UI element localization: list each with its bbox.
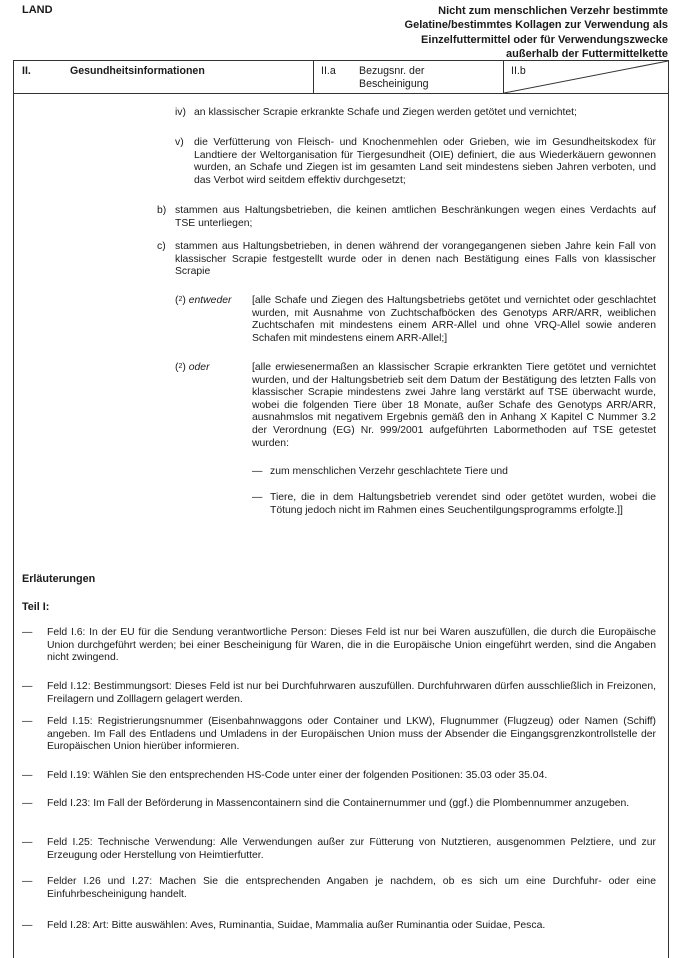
- dash-bullet: —: [22, 798, 32, 811]
- dash-bullet: —: [22, 716, 32, 729]
- item-label: b): [157, 205, 166, 218]
- dash-item: Tiere, die in dem Haltungsbetrieb verend…: [270, 492, 656, 517]
- note-item: Feld I.12: Bestimmungsort: Dieses Feld i…: [47, 681, 656, 706]
- column-divider: [313, 61, 314, 93]
- item-iv-text: an klassischer Scrapie erkrankte Schafe …: [194, 107, 656, 120]
- note-item: Feld I.19: Wählen Sie den entsprechenden…: [47, 770, 656, 783]
- notes-part-heading: Teil I:: [22, 601, 49, 613]
- note-item: Feld I.6: In der EU für die Sendung vera…: [47, 627, 656, 665]
- section-number: II.: [22, 65, 31, 78]
- dash-item: zum menschlichen Verzehr geschlachtete T…: [270, 466, 656, 479]
- document-title: Nicht zum menschlichen Verzehr bestimmte…: [405, 4, 668, 62]
- diagonal-strike: [504, 61, 668, 93]
- dash-bullet: —: [22, 770, 32, 783]
- note-item: Feld I.25: Technische Verwendung: Alle V…: [47, 837, 656, 862]
- option-word: entweder: [189, 295, 232, 306]
- option-entweder-label: (2) entweder: [175, 295, 231, 308]
- option-word: oder: [189, 362, 210, 373]
- ref-label: Bezugsnr. der Bescheinigung: [359, 65, 429, 91]
- item-label: c): [157, 241, 166, 254]
- note-item: Feld I.23: Im Fall der Beförderung in Ma…: [47, 798, 656, 811]
- footnote-ref: 2: [178, 363, 182, 370]
- dash-bullet: —: [22, 681, 32, 694]
- item-v-text: die Verfütterung von Fleisch- und Knoche…: [194, 137, 656, 187]
- title-line: Nicht zum menschlichen Verzehr bestimmte: [405, 4, 668, 18]
- ref-code: II.a: [321, 65, 336, 78]
- item-c-text: stammen aus Haltungsbetrieben, in denen …: [175, 241, 656, 279]
- option-oder-text: [alle erwiesenermaßen an klassischer Scr…: [252, 362, 656, 450]
- country-label: LAND: [22, 4, 53, 16]
- dash-bullet: —: [22, 837, 32, 850]
- title-line: Gelatine/bestimmtes Kollagen zur Verwend…: [405, 18, 668, 32]
- dash-bullet: —: [22, 920, 32, 933]
- section-header-row: II. Gesundheitsinformationen II.a Bezugs…: [13, 60, 669, 94]
- item-label: v): [175, 137, 184, 150]
- dash-bullet: —: [22, 876, 32, 889]
- note-item: Feld I.28: Art: Bitte auswählen: Aves, R…: [47, 920, 656, 933]
- option-entweder-text: [alle Schafe und Ziegen des Haltungsbetr…: [252, 295, 656, 345]
- option-oder-label: (2) oder: [175, 362, 210, 375]
- footnote-ref: 2: [178, 296, 182, 303]
- ref-label-line: Bescheinigung: [359, 78, 429, 90]
- item-label: iv): [175, 107, 186, 120]
- dash-bullet: —: [252, 466, 262, 479]
- ref-label-line: Bezugsnr. der: [359, 65, 424, 77]
- note-item: Felder I.26 und I.27: Machen Sie die ent…: [47, 876, 656, 901]
- note-item: Feld I.15: Registrierungsnummer (Eisenba…: [47, 716, 656, 754]
- dash-bullet: —: [22, 627, 32, 640]
- item-b-text: stammen aus Haltungsbetrieben, die keine…: [175, 205, 656, 230]
- section-title: Gesundheitsinformationen: [70, 65, 205, 78]
- notes-heading: Erläuterungen: [22, 573, 95, 585]
- dash-bullet: —: [252, 492, 262, 505]
- title-line: Einzelfuttermittel oder für Verwendungsz…: [405, 33, 668, 47]
